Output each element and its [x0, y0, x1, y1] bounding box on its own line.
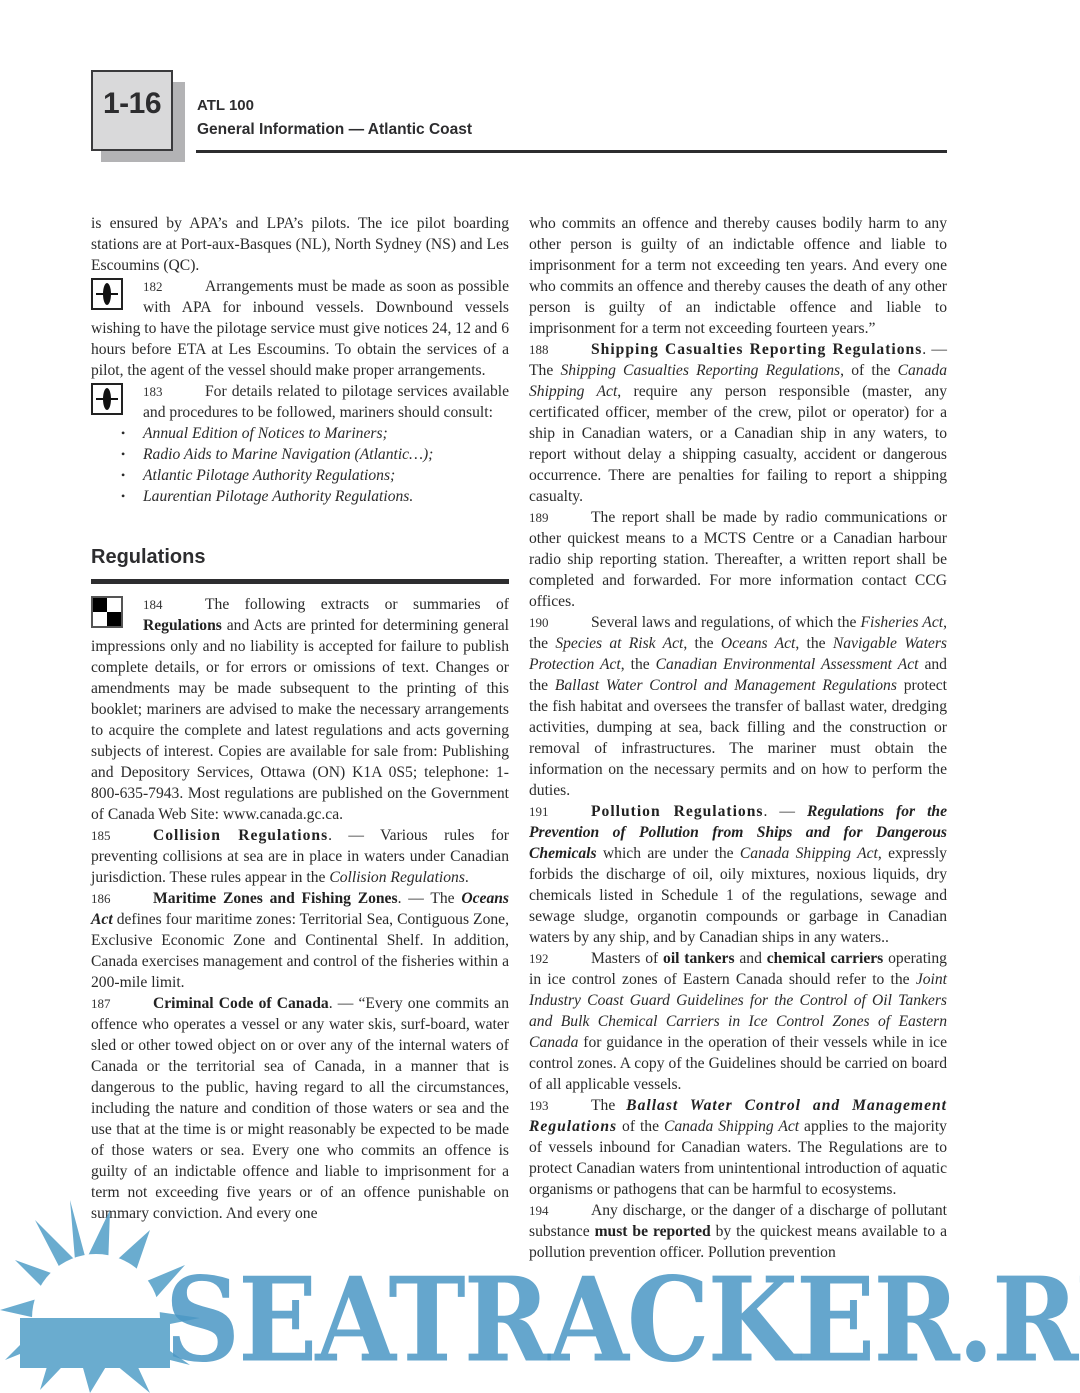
header-rule — [196, 150, 947, 153]
paragraph-193: 193The Ballast Water Control and Managem… — [529, 1095, 947, 1200]
intro-paragraph: is ensured by APA’s and LPA’s pilots. Th… — [91, 213, 509, 276]
italic-term: Canada Shipping Act — [740, 845, 878, 862]
punctuation: . — [465, 869, 469, 886]
section-rule — [91, 579, 509, 584]
italic-term: Oceans Act — [721, 635, 796, 652]
paragraph-text: , the — [795, 635, 825, 652]
italic-term: Shipping Casualties Reporting Regulation… — [560, 362, 840, 379]
paragraph-number: 189 — [529, 507, 591, 528]
italic-term: Fisheries Act — [861, 614, 944, 631]
paragraph-189: 189The report shall be made by radio com… — [529, 507, 947, 612]
paragraph-183: 183For details related to pilotage servi… — [91, 381, 509, 423]
watermark-text: SEATRACKER.RU — [165, 1262, 1080, 1378]
paragraph-title: Collision Regulations — [153, 827, 328, 844]
paragraph-text: which are under the — [603, 845, 734, 862]
left-column: is ensured by APA’s and LPA’s pilots. Th… — [91, 213, 509, 1224]
paragraph-192: 192Masters of oil tankers and chemical c… — [529, 948, 947, 1095]
paragraph-text: for guidance in the operation of their v… — [529, 1034, 947, 1093]
paragraph-text: and Acts are printed for determining gen… — [91, 617, 509, 823]
page-number-box: 1-16 — [91, 70, 173, 151]
paragraph-187: 187Criminal Code of Canada. — “Every one… — [91, 993, 509, 1224]
paragraph-number: 187 — [91, 993, 153, 1014]
paragraph-number: 188 — [529, 339, 591, 360]
paragraph-text: Masters of — [591, 950, 658, 967]
paragraph-text: , of the — [840, 362, 890, 379]
paragraph-188: 188Shipping Casualties Reporting Regulat… — [529, 339, 947, 507]
paragraph-title: Pollution Regulations — [591, 803, 763, 820]
paragraph-184: 184The following extracts or summaries o… — [91, 594, 509, 825]
publication-code: ATL 100 — [197, 97, 254, 114]
paragraph-text: Several laws and regulations, of which t… — [591, 614, 856, 631]
paragraph-number: 183 — [143, 381, 205, 402]
paragraph-number: 186 — [91, 888, 153, 909]
paragraph-text: protect the fish habitat and oversees th… — [529, 677, 947, 799]
italic-term: Ballast Water Control and Management Reg… — [555, 677, 897, 694]
paragraph-number: 193 — [529, 1095, 591, 1116]
reference-item: Laurentian Pilotage Authority Regulation… — [121, 486, 509, 507]
paragraph-number: 182 — [143, 276, 205, 297]
page-title: General Information — Atlantic Coast — [197, 121, 472, 139]
paragraph-number: 192 — [529, 948, 591, 969]
section-heading-regulations: Regulations — [91, 545, 509, 569]
bold-term: oil tankers — [663, 950, 735, 967]
paragraph-text: of the — [622, 1118, 659, 1135]
bold-term: must be reported — [595, 1223, 711, 1240]
document-page: 1-16 ATL 100 General Information — Atlan… — [0, 0, 1080, 1393]
checkered-flag-icon — [91, 596, 123, 628]
paragraph-number: 191 — [529, 801, 591, 822]
bold-term: chemical carriers — [767, 950, 884, 967]
reference-item: Annual Edition of Notices to Mariners; — [121, 423, 509, 444]
paragraph-title: Maritime Zones and Fishing Zones — [153, 890, 398, 907]
paragraph-title: Criminal Code of Canada — [153, 995, 329, 1012]
paragraph-number: 190 — [529, 612, 591, 633]
italic-term: Species at Risk Act — [555, 635, 683, 652]
paragraph-190: 190Several laws and regulations, of whic… — [529, 612, 947, 801]
right-column: who commits an offence and thereby cause… — [529, 213, 947, 1263]
paragraph-text: The report shall be made by radio commun… — [529, 509, 947, 610]
italic-term: Canada Shipping Act — [664, 1118, 799, 1135]
paragraph-text: . — “Every one commits an offence who op… — [91, 995, 509, 1222]
reference-item: Radio Aids to Marine Navigation (Atlanti… — [121, 444, 509, 465]
paragraph-text: , require any person responsible (master… — [529, 383, 947, 505]
paragraph-191: 191Pollution Regulations. — Regulations … — [529, 801, 947, 948]
italic-term: Canadian Environmental Assessment Act — [656, 656, 919, 673]
paragraph-number: 185 — [91, 825, 153, 846]
italic-term: Collision Regulations — [329, 869, 465, 886]
reference-item: Atlantic Pilotage Authority Regulations; — [121, 465, 509, 486]
page-number: 1-16 — [103, 87, 161, 121]
paragraph-182: 182Arrangements must be made as soon as … — [91, 276, 509, 381]
pilot-icon — [91, 383, 123, 415]
paragraph-text: . — — [763, 803, 794, 820]
paragraph-text: defines four maritime zones: Territorial… — [91, 911, 509, 991]
reference-list: Annual Edition of Notices to Mariners; R… — [91, 423, 509, 507]
bold-term: Regulations — [143, 617, 222, 634]
paragraph-text: The following extracts or summaries of — [205, 596, 509, 613]
paragraph-text: , the — [683, 635, 713, 652]
paragraph-text: , the — [621, 656, 650, 673]
paragraph-186: 186Maritime Zones and Fishing Zones. — T… — [91, 888, 509, 993]
paragraph-number: 194 — [529, 1200, 591, 1221]
paragraph-187-continued: who commits an offence and thereby cause… — [529, 213, 947, 339]
paragraph-text: and — [739, 950, 762, 967]
paragraph-185: 185Collision Regulations. — Various rule… — [91, 825, 509, 888]
paragraph-number: 184 — [143, 594, 205, 615]
paragraph-text: . — The — [398, 890, 455, 907]
paragraph-text: The — [591, 1097, 615, 1114]
paragraph-title: Shipping Casualties Reporting Regulation… — [591, 341, 922, 358]
pilot-icon — [91, 278, 123, 310]
